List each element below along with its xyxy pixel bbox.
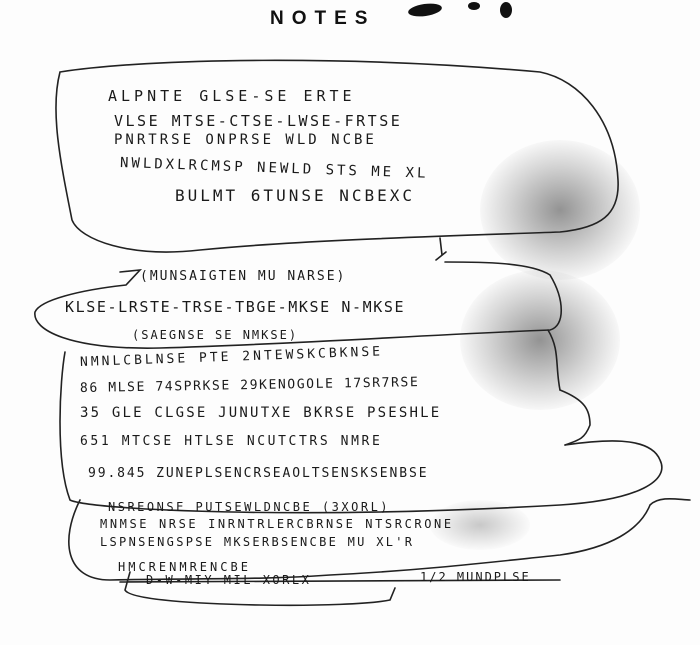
note-line: 99.845 ZUNEPLSENCRSEAOLTSENSKSENBSE: [88, 466, 428, 481]
note-line: ALPNTE GLSE-SE ERTE: [108, 87, 356, 105]
note-line: D-W-MIY MIL XORLX: [146, 573, 311, 587]
note-line: VLSE MTSE-CTSE-LWSE-FRTSE: [114, 112, 402, 130]
note-line: 35 GLE CLGSE JUNUTXE BKRSE PSESHLE: [80, 405, 441, 421]
note-line: LSPNSENGSPSE MKSERBSENCBE MU XL'R: [100, 535, 414, 549]
note-line: HMCRENMRENCBE: [118, 560, 251, 574]
note-line: (SAEGNSE SE NMKSE): [132, 328, 298, 342]
note-line: 651 MTCSE HTLSE NCUTCTRS NMRE: [80, 434, 382, 449]
note-line: PNRTRSE ONPRSE WLD NCBE: [114, 132, 377, 148]
note-line: BULMT 6TUNSE NCBEXC: [175, 186, 415, 205]
note-line: MNMSE NRSE INRNTRLERCBRNSE NTSRCRONE: [100, 517, 454, 531]
note-line: (MUNSAIGTEN MU NARSE): [140, 269, 346, 284]
note-line: NSREONSE PUTSEWLDNCBE (3XORL): [108, 500, 390, 514]
note-line: KLSE-LRSTE-TRSE-TBGE-MKSE N-MKSE: [65, 298, 405, 316]
side-note: 1/2 MUNDPLSE: [420, 570, 531, 584]
